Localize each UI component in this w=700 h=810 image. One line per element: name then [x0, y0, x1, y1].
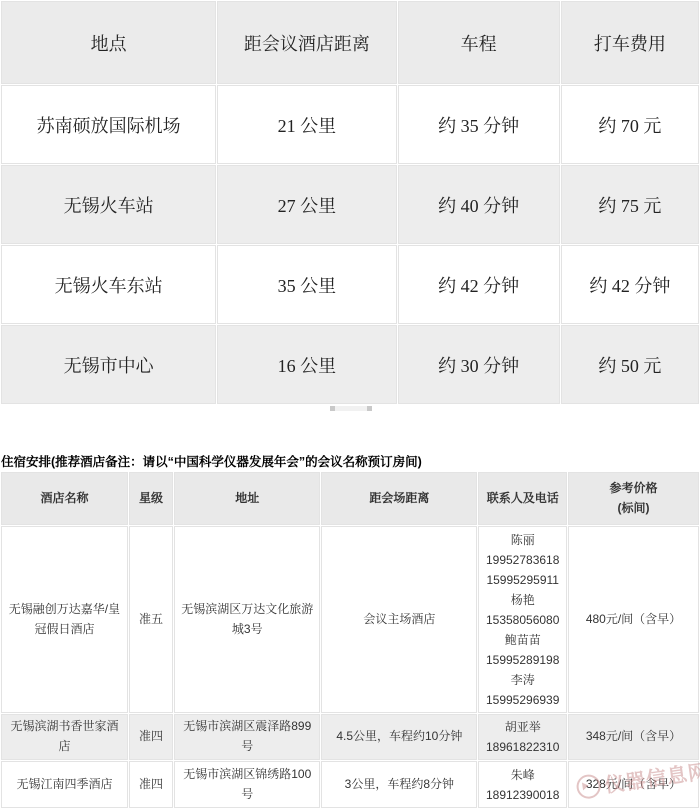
distance-cell: 16 公里	[217, 325, 396, 404]
price-header-line2: (标间)	[573, 499, 694, 518]
hotel-header-row: 酒店名称 星级 地址 距会场距离 联系人及电话 参考价格 (标间)	[1, 472, 699, 525]
hotel-name-cell: 无锡融创万达嘉华/皇冠假日酒店	[1, 526, 128, 713]
contact-phone: 18912390018	[483, 785, 562, 805]
contact-name: 李涛	[483, 670, 562, 690]
contact-cell: 胡亚举 18961822310	[478, 714, 567, 760]
price-cell: 480元/间（含早）	[568, 526, 699, 713]
hotel-name-cell: 无锡滨湖书香世家酒店	[1, 714, 128, 760]
drive-time-cell: 约 42 分钟	[398, 245, 560, 324]
table-row: 无锡市中心 16 公里 约 30 分钟 约 50 元	[1, 325, 699, 404]
taxi-fare-cell: 约 75 元	[561, 165, 699, 244]
drive-time-cell: 约 35 分钟	[398, 85, 560, 164]
taxi-fare-cell: 约 50 元	[561, 325, 699, 404]
contact-cell: 陈丽 19952783618 15995295911 杨艳 1535805608…	[478, 526, 567, 713]
star-rating-cell: 准五	[129, 526, 173, 713]
table-row: 无锡火车站 27 公里 约 40 分钟 约 75 元	[1, 165, 699, 244]
taxi-fare-cell: 约 70 元	[561, 85, 699, 164]
header-distance-to-hotel: 距会议酒店距离	[217, 1, 396, 84]
contact-phone: 19952783618	[483, 550, 562, 570]
address-cell: 无锡滨湖区万达文化旅游城3号	[174, 526, 320, 713]
header-hotel-name: 酒店名称	[1, 472, 128, 525]
contact-name: 陈丽	[483, 530, 562, 550]
header-drive-time: 车程	[398, 1, 560, 84]
scrollbar-right-arrow-icon[interactable]	[367, 406, 372, 411]
header-distance-to-venue: 距会场距离	[321, 472, 477, 525]
drive-time-cell: 约 30 分钟	[398, 325, 560, 404]
table-row: 无锡滨湖书香世家酒店 准四 无锡市滨湖区震泽路899号 4.5公里，车程约10分…	[1, 714, 699, 760]
location-cell: 无锡火车东站	[1, 245, 216, 324]
taxi-fare-cell: 约 42 分钟	[561, 245, 699, 324]
star-rating-cell: 准四	[129, 714, 173, 760]
distance-cell: 会议主场酒店	[321, 526, 477, 713]
contact-phone: 15995289198	[483, 650, 562, 670]
address-cell: 无锡市滨湖区震泽路899号	[174, 714, 320, 760]
location-cell: 无锡市中心	[1, 325, 216, 404]
hotel-name-cell: 无锡江南四季酒店	[1, 761, 128, 808]
horizontal-scrollbar[interactable]	[330, 406, 372, 411]
header-taxi-fare: 打车费用	[561, 1, 699, 84]
distance-cell: 35 公里	[217, 245, 396, 324]
drive-time-cell: 约 40 分钟	[398, 165, 560, 244]
table-row: 苏南硕放国际机场 21 公里 约 35 分钟 约 70 元	[1, 85, 699, 164]
contact-name: 杨艳	[483, 590, 562, 610]
table-row: 无锡江南四季酒店 准四 无锡市滨湖区锦绣路100号 3公里，车程约8分钟 朱峰 …	[1, 761, 699, 808]
contact-cell: 朱峰 18912390018	[478, 761, 567, 808]
transport-header-row: 地点 距会议酒店距离 车程 打车费用	[1, 1, 699, 84]
accommodation-section-title: 住宿安排(推荐酒店备注：请以“中国科学仪器发展年会”的会议名称预订房间)	[1, 452, 422, 470]
contact-phone: 15358056080	[483, 610, 562, 630]
hotel-table: 酒店名称 星级 地址 距会场距离 联系人及电话 参考价格 (标间) 无锡融创万达…	[0, 471, 700, 809]
header-address: 地址	[174, 472, 320, 525]
scrollbar-left-arrow-icon[interactable]	[330, 406, 335, 411]
contact-phone: 18961822310	[483, 737, 562, 757]
contact-name: 鲍苗苗	[483, 630, 562, 650]
contact-phone: 15995295911	[483, 570, 562, 590]
distance-cell: 21 公里	[217, 85, 396, 164]
header-contact-phone: 联系人及电话	[478, 472, 567, 525]
table-row: 无锡融创万达嘉华/皇冠假日酒店 准五 无锡滨湖区万达文化旅游城3号 会议主场酒店…	[1, 526, 699, 713]
location-cell: 无锡火车站	[1, 165, 216, 244]
header-star-rating: 星级	[129, 472, 173, 525]
location-cell: 苏南硕放国际机场	[1, 85, 216, 164]
distance-cell: 27 公里	[217, 165, 396, 244]
header-location: 地点	[1, 1, 216, 84]
address-cell: 无锡市滨湖区锦绣路100号	[174, 761, 320, 808]
transport-table: 地点 距会议酒店距离 车程 打车费用 苏南硕放国际机场 21 公里 约 35 分…	[0, 0, 700, 405]
price-cell: 328元/间（含早）	[568, 761, 699, 808]
distance-cell: 3公里，车程约8分钟	[321, 761, 477, 808]
price-header-line1: 参考价格	[573, 479, 694, 498]
star-rating-cell: 准四	[129, 761, 173, 808]
contact-name: 胡亚举	[483, 717, 562, 737]
contact-phone: 15995296939	[483, 690, 562, 710]
distance-cell: 4.5公里，车程约10分钟	[321, 714, 477, 760]
table-row: 无锡火车东站 35 公里 约 42 分钟 约 42 分钟	[1, 245, 699, 324]
header-reference-price: 参考价格 (标间)	[568, 472, 699, 525]
price-cell: 348元/间（含早）	[568, 714, 699, 760]
contact-name: 朱峰	[483, 765, 562, 785]
